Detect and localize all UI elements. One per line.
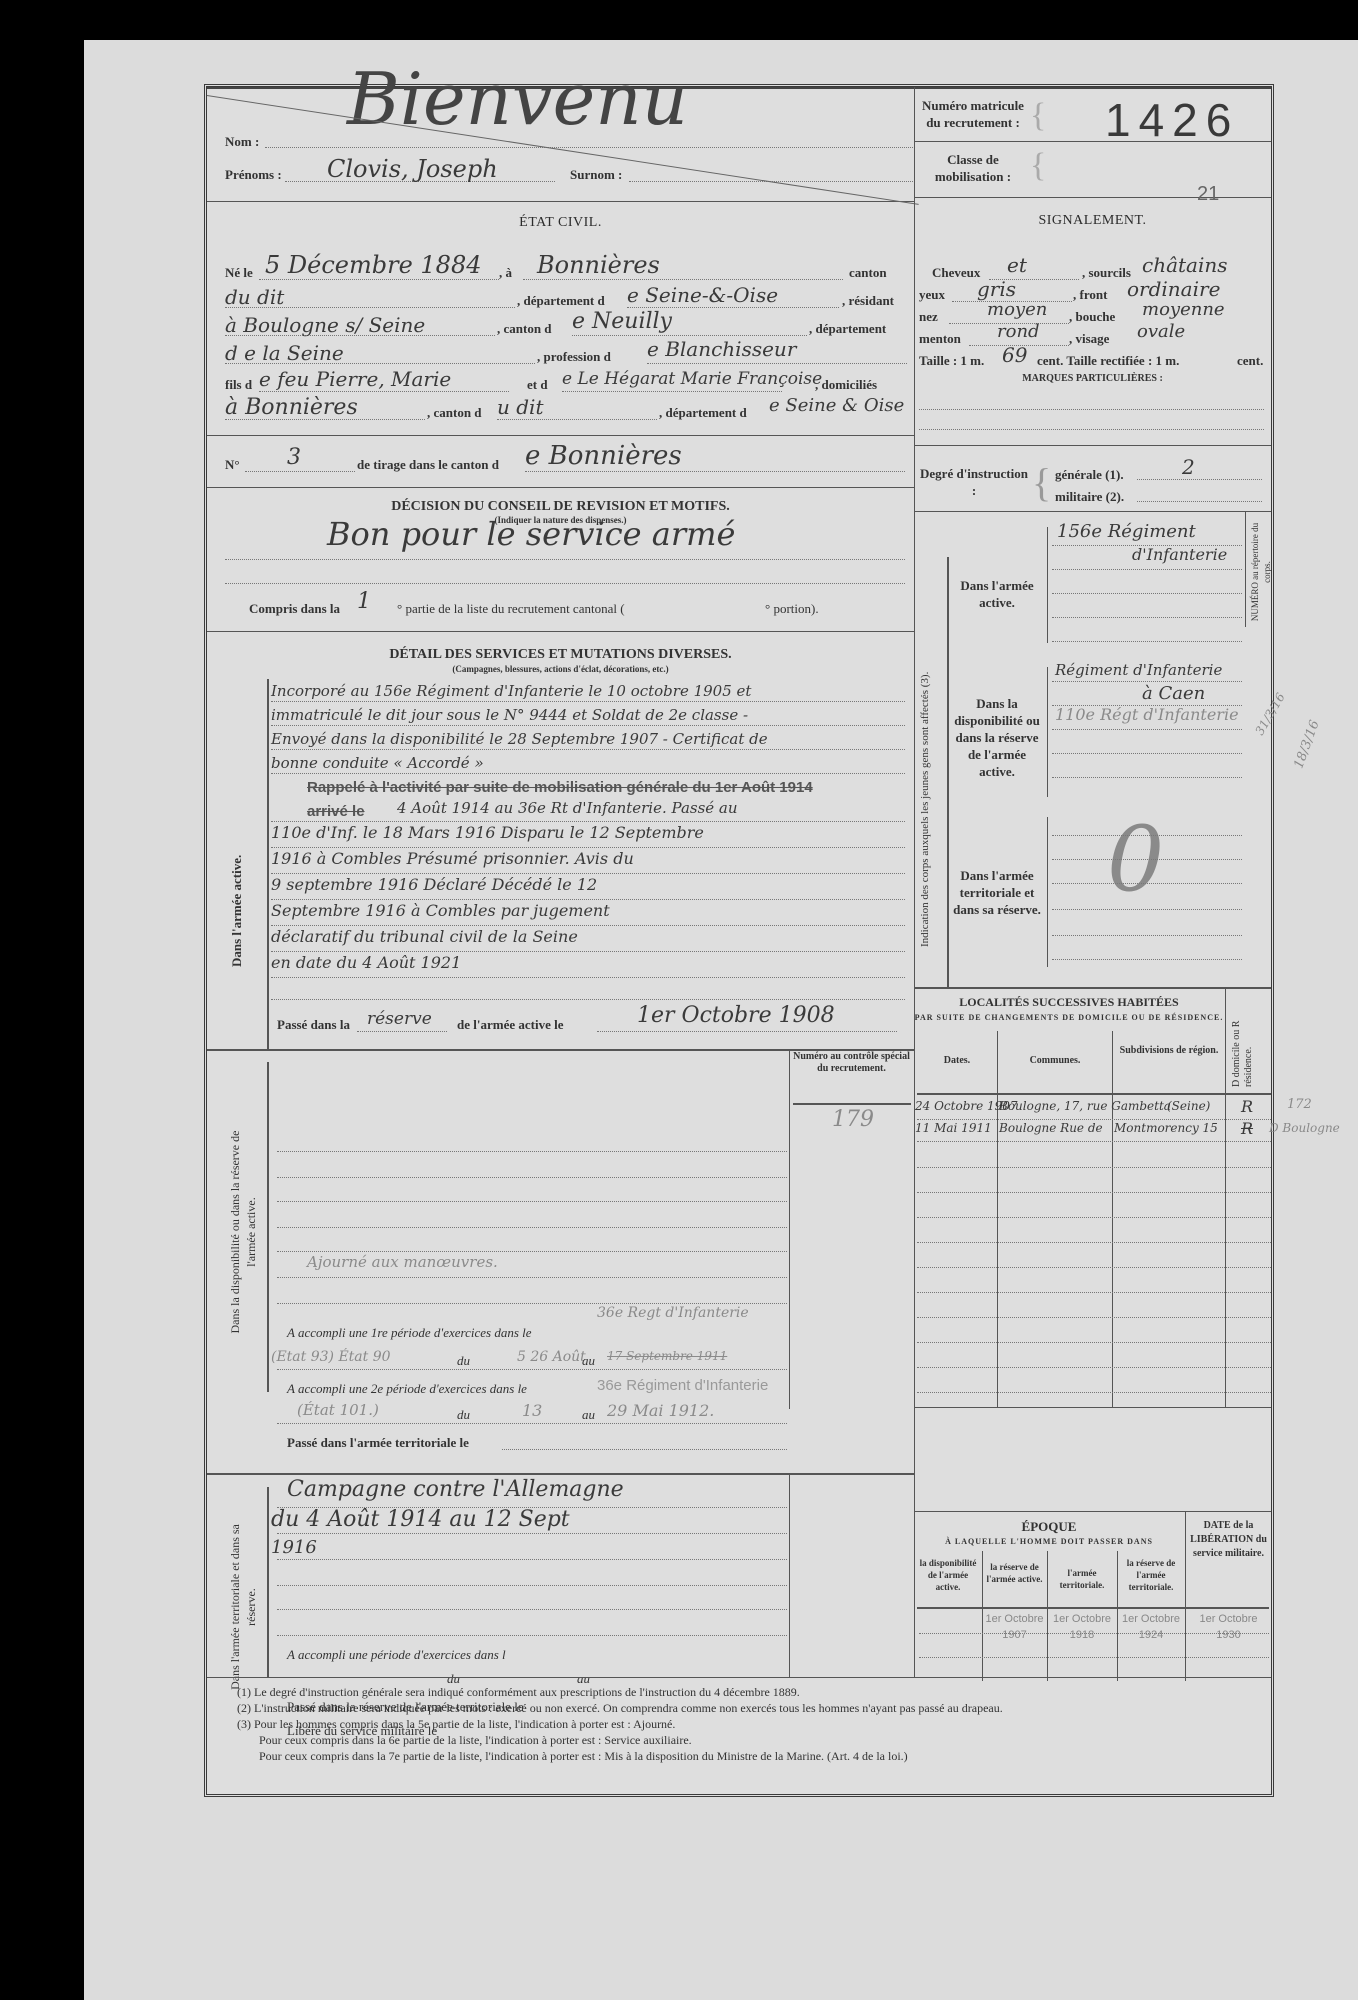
localite-commune-1: Boulogne, 17, rue Gambetta — [999, 1099, 1171, 1113]
territoriale-periode-label: A accompli une période d'exercices dans … — [287, 1647, 506, 1663]
prenoms-value: Clovis, Joseph — [327, 155, 498, 183]
taille-cent-label: cent. Taille rectifiée : 1 m. — [1037, 353, 1179, 369]
field-line — [277, 1151, 787, 1152]
col-domicile: D domicile ou R résidence. — [1231, 1007, 1255, 1087]
brace-line — [1047, 817, 1048, 967]
footnote-3: (3) Pour les hommes compris dans la 5e p… — [237, 1717, 675, 1732]
section-rule — [914, 511, 1271, 512]
field-line — [225, 335, 495, 336]
services-line-5: 4 Août 1914 au 36e Rt d'Infanterie. Pass… — [397, 799, 738, 817]
section-rule — [914, 1407, 1271, 1408]
header-rule — [207, 201, 914, 202]
canton-label: canton — [849, 265, 887, 281]
taille-value: 69 — [1002, 343, 1027, 367]
brace-icon: { — [1032, 459, 1051, 506]
localites-title: LOCALITÉS SUCCESSIVES HABITÉES — [914, 995, 1224, 1010]
generale-value: 2 — [1182, 455, 1195, 479]
departement2-label: , département — [809, 321, 886, 337]
taille-rect-cent-label: cent. — [1237, 353, 1263, 369]
field-line — [917, 1217, 1271, 1218]
localite-subdivision-2: Montmorency 15 — [1114, 1121, 1218, 1135]
section-rule — [914, 1511, 1271, 1512]
front-label: , front — [1073, 287, 1107, 303]
taille-label: Taille : 1 m. — [919, 353, 984, 369]
canton3-label: , canton d — [427, 405, 482, 421]
services-line-6: 110e d'Inf. le 18 Mars 1916 Disparu le 1… — [271, 823, 704, 842]
field-line — [277, 1635, 787, 1636]
section-rule — [207, 487, 914, 488]
field-line — [919, 409, 1264, 410]
field-line — [271, 977, 905, 978]
field-line — [597, 1031, 897, 1032]
field-line — [277, 1303, 787, 1304]
father-value: e feu Pierre, Marie — [259, 367, 451, 391]
field-line — [1052, 935, 1242, 936]
militaire-label: militaire (2). — [1055, 489, 1124, 505]
compris-value: 1 — [357, 589, 371, 614]
field-line — [277, 1423, 787, 1424]
bouche-value: moyenne — [1142, 299, 1225, 320]
field-line — [277, 1507, 787, 1508]
field-line — [271, 999, 905, 1000]
corner-mark: 21 — [1197, 183, 1219, 206]
localites-divider — [1225, 987, 1226, 1407]
surnom-label: Surnom : — [570, 167, 622, 183]
localite-type-2: R — [1241, 1119, 1253, 1138]
field-line — [917, 1292, 1271, 1293]
services-line-3: Envoyé dans la disponibilité le 28 Septe… — [271, 727, 768, 751]
periode1-ref: (Etat 93) État 90 — [271, 1349, 391, 1365]
a-label: , à — [499, 265, 512, 281]
decision-value: Bon pour le service armé — [327, 515, 735, 553]
field-line — [1137, 501, 1262, 502]
front-value: ordinaire — [1127, 277, 1220, 301]
birth-date: 5 Décembre 1884 — [265, 251, 482, 279]
footnote-2: (2) L'instruction militaire sera indiqué… — [237, 1701, 1003, 1716]
mere-label: et d — [527, 377, 548, 393]
periode2-label: A accompli une 2e période d'exercices da… — [287, 1381, 527, 1397]
territoriale-divider — [789, 1473, 790, 1677]
arrive-stamp: arrivé le — [307, 803, 365, 820]
yeux-value: gris — [977, 277, 1016, 301]
epoque-value-3: 1er Octobre 1918 — [1048, 1611, 1116, 1643]
canton-value: du dit — [225, 285, 284, 309]
field-line — [917, 1342, 1271, 1343]
matricule-rule — [914, 141, 1271, 142]
epoque-col-2: la réserve de l'armée active. — [983, 1561, 1046, 1585]
numero-divider — [1245, 511, 1246, 627]
portion-suffix: ° portion). — [765, 601, 819, 617]
epoque-value-2: 1er Octobre 1907 — [983, 1611, 1046, 1643]
field-line — [259, 279, 499, 280]
epoque-col-4: la réserve de l'armée territoriale. — [1118, 1557, 1184, 1593]
field-line — [225, 307, 515, 308]
localite-subdivision-1: (Seine) — [1167, 1099, 1210, 1113]
footnote-1: (1) Le degré d'instruction générale sera… — [237, 1685, 800, 1700]
footnote-5: Pour ceux compris dans la 7e partie de l… — [259, 1749, 908, 1764]
reserve-bracket — [267, 1062, 269, 1392]
field-line — [917, 1167, 1271, 1168]
section-rule — [914, 445, 1271, 446]
passe-value: réserve — [367, 1009, 432, 1029]
departement3-value: e Seine & Oise — [769, 395, 904, 416]
passe-suffix: de l'armée active le — [457, 1017, 563, 1033]
corps-dispo-1: Régiment d'Infanterie — [1055, 661, 1222, 679]
field-line — [1137, 479, 1262, 480]
field-line — [1052, 959, 1242, 960]
services-line-2: immatriculé le dit jour sous le N° 9444 … — [271, 703, 748, 727]
liberation-value: 1er Octobre 1930 — [1186, 1611, 1271, 1643]
corps-side-label: Indication des corps auxquels les jeunes… — [919, 672, 931, 947]
field-line — [277, 1609, 787, 1610]
field-line — [277, 1369, 787, 1370]
field-line — [1052, 835, 1242, 836]
field-line — [1052, 909, 1242, 910]
field-line — [523, 279, 843, 280]
corps-dispo-3: 110e Régt d'Infanterie — [1055, 705, 1239, 724]
corps-territoriale-label: Dans l'armée territoriale et dans sa rés… — [952, 867, 1042, 918]
canton3-value: u dit — [497, 395, 543, 419]
menton-value: rond — [997, 321, 1040, 342]
field-line — [647, 363, 907, 364]
section-rule — [207, 631, 914, 632]
corps-active-label: Dans l'armée active. — [952, 577, 1042, 611]
nom-line — [265, 147, 915, 148]
field-line — [225, 419, 425, 420]
periode2-from: 13 — [522, 1401, 542, 1420]
field-line — [1052, 777, 1242, 778]
tirage-no-label: N° — [225, 457, 240, 473]
epoque-col-3: l'armée territoriale. — [1048, 1567, 1116, 1591]
services-line-10: déclaratif du tribunal civil de la Seine — [271, 927, 578, 946]
birth-place: Bonnières — [537, 251, 660, 279]
etat-civil-title: ÉTAT CIVIL. — [207, 215, 914, 231]
periode2-to: 29 Mai 1912. — [607, 1401, 714, 1420]
localites-divider — [997, 1031, 998, 1407]
field-line — [1052, 753, 1242, 754]
numero-label: NUMÉRO au répertoire du corps. — [1249, 517, 1273, 627]
field-line — [502, 1449, 787, 1450]
sourcils-label: , sourcils — [1082, 265, 1131, 281]
col-communes: Communes. — [999, 1055, 1111, 1066]
column-divider — [914, 87, 915, 1677]
field-line — [245, 471, 355, 472]
field-line — [562, 391, 782, 392]
ne-le-label: Né le — [225, 265, 253, 281]
services-bracket — [267, 679, 269, 1049]
matricule-label: Numéro matricule du recrutement : — [917, 97, 1029, 131]
periode1-du: du — [457, 1353, 470, 1369]
periode2-ref: (État 101.) — [297, 1401, 379, 1419]
matricule-value: 1426 — [1105, 93, 1239, 147]
footnote-rule — [207, 1677, 1271, 1678]
field-line — [917, 1192, 1271, 1193]
corps-active-1: 156e Régiment — [1057, 521, 1196, 542]
field-line — [917, 1242, 1271, 1243]
services-title: DÉTAIL DES SERVICES ET MUTATIONS DIVERSE… — [207, 647, 914, 663]
localite-date-2: 11 Mai 1911 — [915, 1121, 992, 1135]
field-line — [271, 899, 905, 900]
services-line-9: Septembre 1916 à Combles par jugement — [271, 901, 610, 920]
marques-label: MARQUES PARTICULIÈRES : — [914, 373, 1271, 384]
col-dates: Dates. — [917, 1055, 997, 1066]
header-rule — [793, 1103, 911, 1105]
bouche-label: , bouche — [1069, 309, 1115, 325]
localite-note-1: 172 — [1287, 1097, 1312, 1112]
profession-value: e Blanchisseur — [647, 337, 796, 361]
brace-icon: { — [1030, 147, 1046, 185]
tirage-canton: e Bonnières — [525, 441, 682, 471]
field-line — [1052, 545, 1242, 546]
field-line — [271, 749, 905, 750]
fils-label: fils d — [225, 377, 252, 393]
field-line — [225, 559, 905, 560]
field-line — [1052, 859, 1242, 860]
localites-subtitle: PAR SUITE DE CHANGEMENTS DE DOMICILE OU … — [914, 1013, 1224, 1022]
corps-dispo-2: à Caen — [1142, 683, 1205, 704]
cheveux-label: Cheveux — [932, 265, 980, 281]
controle-value: 179 — [832, 1107, 874, 1132]
epoque-title: ÉPOQUE — [914, 1519, 1184, 1535]
tirage-label: de tirage dans le canton d — [357, 457, 499, 473]
liberation-title: DATE de la LIBÉRATION du service militai… — [1186, 1519, 1271, 1561]
corps-bracket — [947, 557, 949, 987]
departement-label: , département d — [517, 293, 605, 309]
tirage-number: 3 — [287, 445, 301, 470]
field-line — [525, 471, 905, 472]
field-line — [277, 1227, 787, 1228]
domicile-value: à Bonnières — [225, 395, 358, 420]
degre-label: Degré d'instruction : — [919, 465, 1029, 499]
compris-suffix: ° partie de la liste du recrutement cant… — [397, 601, 625, 617]
services-side-label: Dans l'armée active. — [229, 855, 245, 967]
domicilies-label: , domiciliés — [815, 377, 877, 393]
compris-label: Compris dans la — [249, 601, 340, 617]
field-line — [497, 419, 657, 420]
canton2-value: e Neuilly — [572, 309, 672, 334]
visage-value: ovale — [1137, 321, 1185, 342]
field-line — [919, 1657, 1269, 1658]
field-line — [271, 701, 905, 702]
passe-label: Passé dans la — [277, 1017, 350, 1033]
field-line — [357, 1031, 447, 1032]
footnote-4: Pour ceux compris dans la 6e partie de l… — [259, 1733, 692, 1748]
field-line — [277, 1277, 787, 1278]
epoque-value-4: 1er Octobre 1924 — [1118, 1611, 1184, 1643]
menton-label: menton — [919, 331, 961, 347]
services-line-8: 9 septembre 1916 Déclaré Décédé le 12 — [271, 875, 597, 894]
section-rule — [207, 1473, 914, 1475]
nez-value: moyen — [987, 299, 1047, 320]
passe-date: 1er Octobre 1908 — [637, 1003, 835, 1028]
field-line — [277, 1585, 787, 1586]
reserve-side-label: Dans la disponibilité ou dans la réserve… — [227, 1117, 259, 1347]
field-line — [1052, 593, 1242, 594]
cheveux-value: et — [1007, 253, 1027, 277]
reserve-territoriale-label: Passé dans l'armée territoriale le — [287, 1435, 469, 1451]
localites-divider — [1112, 1031, 1113, 1407]
services-line-4: bonne conduite « Accordé » — [271, 751, 484, 775]
territoriale-side-label: Dans l'armée territoriale et dans sa rés… — [227, 1517, 259, 1697]
departement3-label: , département d — [659, 405, 747, 421]
profession-label: , profession d — [537, 349, 611, 365]
field-line — [271, 773, 905, 774]
campagne-line-3: 1916 — [271, 1537, 317, 1558]
services-line-7: 1916 à Combles Présumé prisonnier. Avis … — [271, 849, 634, 868]
field-line — [271, 951, 905, 952]
ajourne-note: Ajourné aux manœuvres. — [307, 1253, 498, 1271]
periode2-au: au — [582, 1407, 595, 1423]
campagne-line-2: du 4 Août 1914 au 12 Sept — [271, 1507, 570, 1532]
nez-label: nez — [919, 309, 938, 325]
visage-label: , visage — [1069, 331, 1109, 347]
field-line — [1052, 641, 1242, 642]
field-line — [917, 1119, 1271, 1120]
decision-title: DÉCISION DU CONSEIL DE REVISION ET MOTIF… — [207, 499, 914, 515]
departement-value: e Seine-&-Oise — [627, 283, 778, 307]
periode2-corps: 36e Régiment d'Infanterie — [597, 1377, 768, 1394]
field-line — [627, 307, 839, 308]
periode1-label: A accompli une 1re période d'exercices d… — [287, 1325, 532, 1341]
controle-label: Numéro au contrôle spécial du recrutemen… — [789, 1051, 914, 1075]
prenoms-label: Prénoms : — [225, 167, 282, 183]
field-line — [271, 873, 905, 874]
section-rule — [207, 435, 914, 436]
col-subdivisions: Subdivisions de région. — [1117, 1045, 1221, 1056]
field-line — [225, 363, 535, 364]
field-line — [259, 391, 509, 392]
classe-label: Classe de mobilisation : — [917, 151, 1029, 185]
field-line — [1052, 883, 1242, 884]
epoque-col-1: la disponibilité de l'armée active. — [915, 1557, 981, 1593]
mother-value: e Le Hégarat Marie Françoise — [562, 369, 822, 389]
localite-type-1: R — [1241, 1097, 1253, 1116]
periode1-au: au — [582, 1353, 595, 1369]
field-line — [271, 847, 905, 848]
header-rule — [917, 1093, 1271, 1095]
field-line — [919, 429, 1264, 430]
yeux-label: yeux — [919, 287, 945, 303]
field-line — [277, 1559, 787, 1560]
field-line — [271, 821, 905, 822]
field-line — [1052, 569, 1242, 570]
register-form: Nom : Bienvenu Prénoms : Clovis, Joseph … — [204, 84, 1274, 1797]
brace-icon: { — [1030, 97, 1046, 135]
nom-label: Nom : — [225, 134, 259, 150]
field-line — [277, 1201, 787, 1202]
generale-label: générale (1). — [1055, 467, 1124, 483]
field-line — [1052, 705, 1242, 706]
periode1-corps: 36e Regt d'Infanterie — [597, 1305, 749, 1321]
section-rule — [914, 987, 1271, 989]
periode2-du: du — [457, 1407, 470, 1423]
sourcils-value: châtains — [1142, 253, 1228, 277]
field-line — [917, 1267, 1271, 1268]
field-line — [271, 725, 905, 726]
services-line-11: en date du 4 Août 1921 — [271, 953, 461, 972]
controle-divider — [789, 1049, 790, 1409]
field-line — [277, 1251, 787, 1252]
field-line — [917, 1317, 1271, 1318]
field-line — [225, 583, 905, 584]
territoriale-bracket — [267, 1487, 269, 1677]
campagne-line-1: Campagne contre l'Allemagne — [287, 1477, 624, 1502]
field-line — [1052, 617, 1242, 618]
field-line — [1052, 681, 1242, 682]
header-rule — [917, 1607, 1269, 1609]
field-line — [917, 1367, 1271, 1368]
services-subtitle: (Campagnes, blessures, actions d'éclat, … — [207, 664, 914, 674]
corps-active-2: d'Infanterie — [1132, 545, 1227, 564]
field-line — [917, 1141, 1271, 1142]
periode1-to: 17 Septembre 1911 — [607, 1349, 727, 1363]
field-line — [271, 925, 905, 926]
field-line — [572, 335, 807, 336]
field-line — [917, 1392, 1271, 1393]
residant-label: , résidant — [842, 293, 894, 309]
field-line — [277, 1177, 787, 1178]
residant-value: à Boulogne s/ Seine — [225, 313, 425, 337]
departement2-value: d e la Seine — [225, 341, 344, 365]
canton2-label: , canton d — [497, 321, 552, 337]
services-line-1: Incorporé au 156e Régiment d'Infanterie … — [271, 679, 751, 703]
corps-dispo-label: Dans la disponibilité ou dans la réserve… — [952, 695, 1042, 780]
nom-value: Bienvenu — [347, 57, 688, 141]
localite-note-2: D Boulogne — [1269, 1121, 1340, 1135]
brace-line — [1047, 667, 1048, 797]
periode1-from: 5 26 Août — [517, 1349, 586, 1365]
mobilisation-stamp: Rappelé à l'activité par suite de mobili… — [307, 779, 813, 796]
epoque-subtitle: À LAQUELLE L'HOMME DOIT PASSER DANS — [914, 1537, 1184, 1546]
localite-commune-2: Boulogne Rue de — [999, 1121, 1103, 1135]
brace-line — [1047, 527, 1048, 643]
field-line — [277, 1533, 787, 1534]
field-line — [1052, 729, 1242, 730]
field-line — [919, 1633, 1269, 1634]
signalement-title: SIGNALEMENT. — [914, 213, 1271, 229]
